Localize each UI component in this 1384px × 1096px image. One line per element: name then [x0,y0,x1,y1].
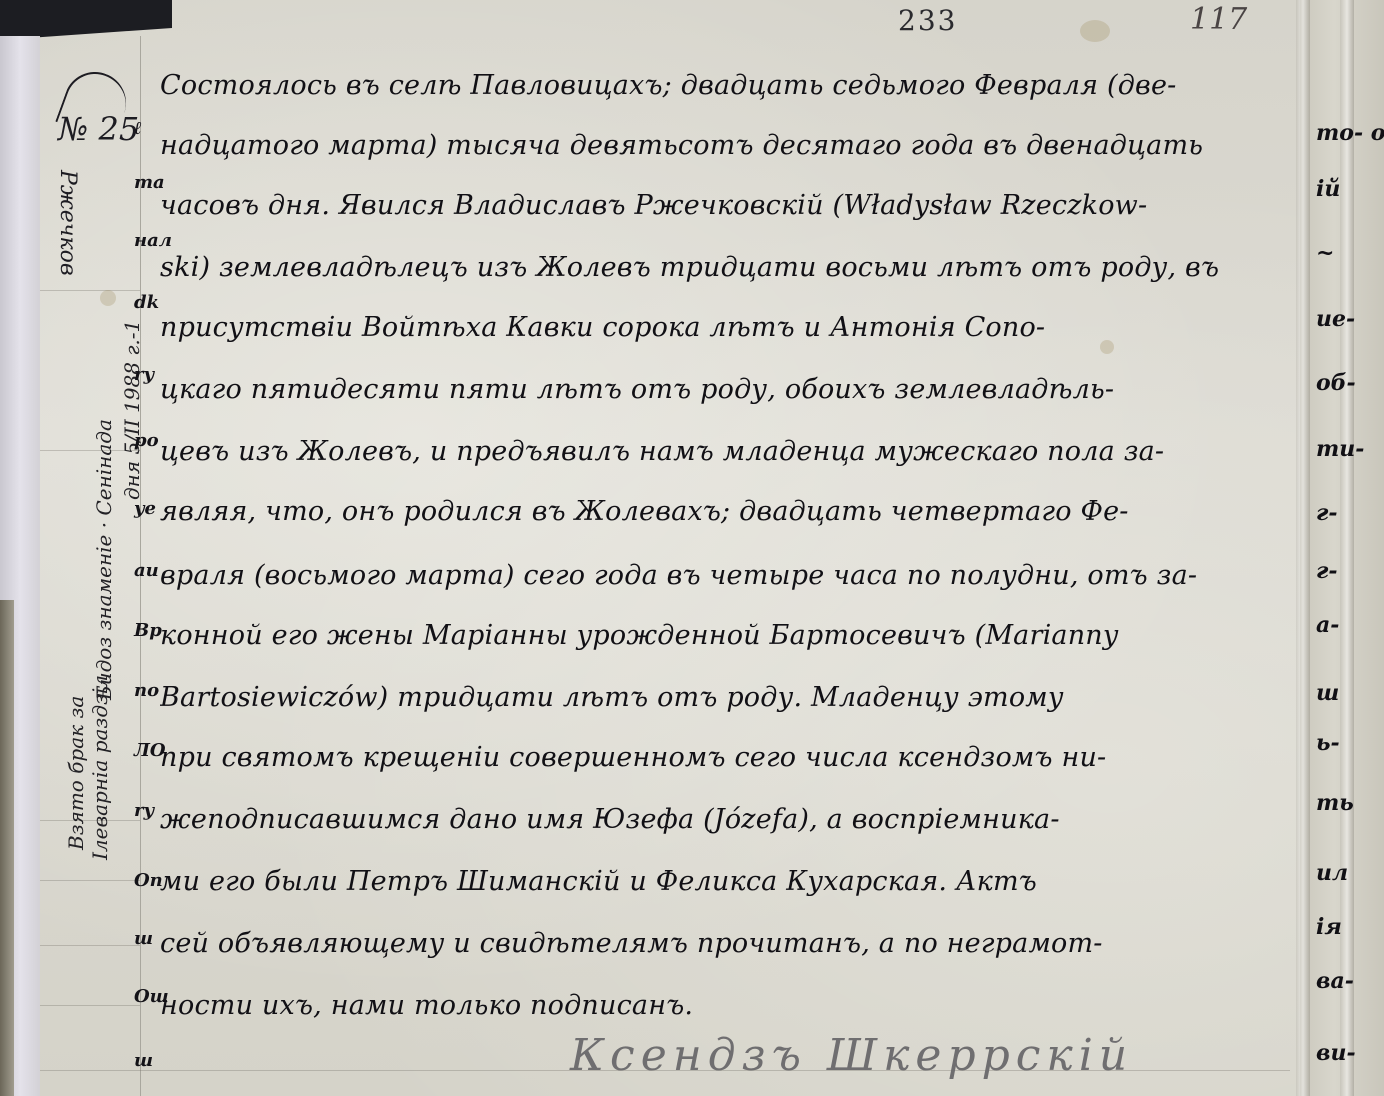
record-line: надцатого марта) тысяча девятьсотъ десят… [160,130,1290,161]
margin-abbrev: ry [134,364,154,385]
margin-abbrev: po [134,430,159,451]
margin-abbrev: ry [134,800,154,821]
margin-abbrev: по [134,680,159,701]
record-line: цевъ изъ Жолевъ, и предъявилъ намъ младе… [160,436,1290,467]
record-line: ности ихъ, нами только подписанъ. [160,990,1290,1021]
ruled-line [40,945,140,946]
margin-abbrev: ℓ [134,118,142,139]
margin-abbrev: ye [134,498,156,519]
margin-abbrev: Вр [134,620,162,641]
record-line: враля (восьмого марта) сего года въ четы… [160,560,1290,591]
record-line: присутствіи Войтѣха Кавки сорока лѣтъ и … [160,312,1290,343]
next-page-fragment: ть [1316,790,1354,816]
margin-name: Ржечков [55,170,80,276]
next-page-fragment: г- [1316,558,1338,584]
record-line: часовъ дня. Явился Владиславъ Ржечковскі… [160,190,1290,221]
next-page-fragment: ил [1316,860,1348,886]
next-page-fragment: ш [1316,680,1339,706]
record-line: Состоялось въ селѣ Павловицахъ; двадцать… [160,70,1290,101]
record-line: сей объявляющему и свидѣтелямъ прочитанъ… [160,928,1290,959]
left-edge [0,600,14,1096]
priest-signature: Ксендзъ Шкеррскій [570,1030,1133,1081]
record-line: жеподписавшимся дано имя Юзефа (Józefa),… [160,804,1290,835]
register-page: 233 117 № 25 Ржечков дня 5/II 1988 г.-1 … [0,0,1384,1096]
margin-abbrev: au [134,560,159,581]
record-line: ми его были Петръ Шиманскій и Феликса Ку… [160,866,1290,897]
margin-annotation-line: дня 5/II 1988 г.-1 [120,320,144,500]
margin-abbrev: нал [134,230,172,251]
next-page-fragment: ва- [1316,968,1354,994]
page-fold [1296,0,1310,1096]
next-page-fragment: ій [1316,176,1340,202]
ruled-line [40,1005,140,1006]
next-page-fragment: ь- [1316,730,1340,756]
margin-abbrev: dk [134,292,159,313]
margin-abbrev: ш [134,928,153,949]
margin-annotation-line: Взято брак за [64,696,88,850]
margin-abbrev: ш [134,1050,153,1071]
margin-abbrev: Оп [134,870,163,891]
next-page-fragment: ви- [1316,1040,1356,1066]
next-page-fragment: ія [1316,914,1342,940]
next-page-fragment: ие- [1316,306,1355,332]
margin-annotation-line: Ілеварніа раздзіл [88,675,112,860]
stain [1080,20,1110,42]
page-number: 233 [898,4,957,37]
ruled-line [40,290,140,291]
record-line: являя, что, онъ родился въ Жолевахъ; два… [160,496,1290,527]
next-page-fragment: ти- [1316,436,1364,462]
margin-annotation-line: Бидоз знаменіе · Сенінада [92,419,116,700]
ruled-line [40,880,140,881]
record-line: конной его жены Маріанны урожденной Барт… [160,620,1290,651]
record-line: ski) землевладѣлецъ изъ Жолевъ тридцати … [160,252,1290,283]
folio-number: 117 [1190,2,1247,37]
next-page-fragment: ~ [1316,240,1334,266]
next-page-fragment: а- [1316,612,1339,638]
next-page-fragment: то- о [1316,120,1384,146]
next-page-fragment: г- [1316,500,1338,526]
page-fold [1340,0,1354,1096]
next-page-fragment: об- [1316,370,1356,396]
entry-number: № 25 [58,110,139,148]
stain [100,290,116,306]
record-line: Bartosiewiczów) тридцати лѣтъ отъ роду. … [160,682,1290,713]
record-line: цкаго пятидесяти пяти лѣтъ отъ роду, обо… [160,374,1290,405]
binding-shadow [0,0,172,40]
record-line: при святомъ крещеніи совершенномъ сего ч… [160,742,1290,773]
